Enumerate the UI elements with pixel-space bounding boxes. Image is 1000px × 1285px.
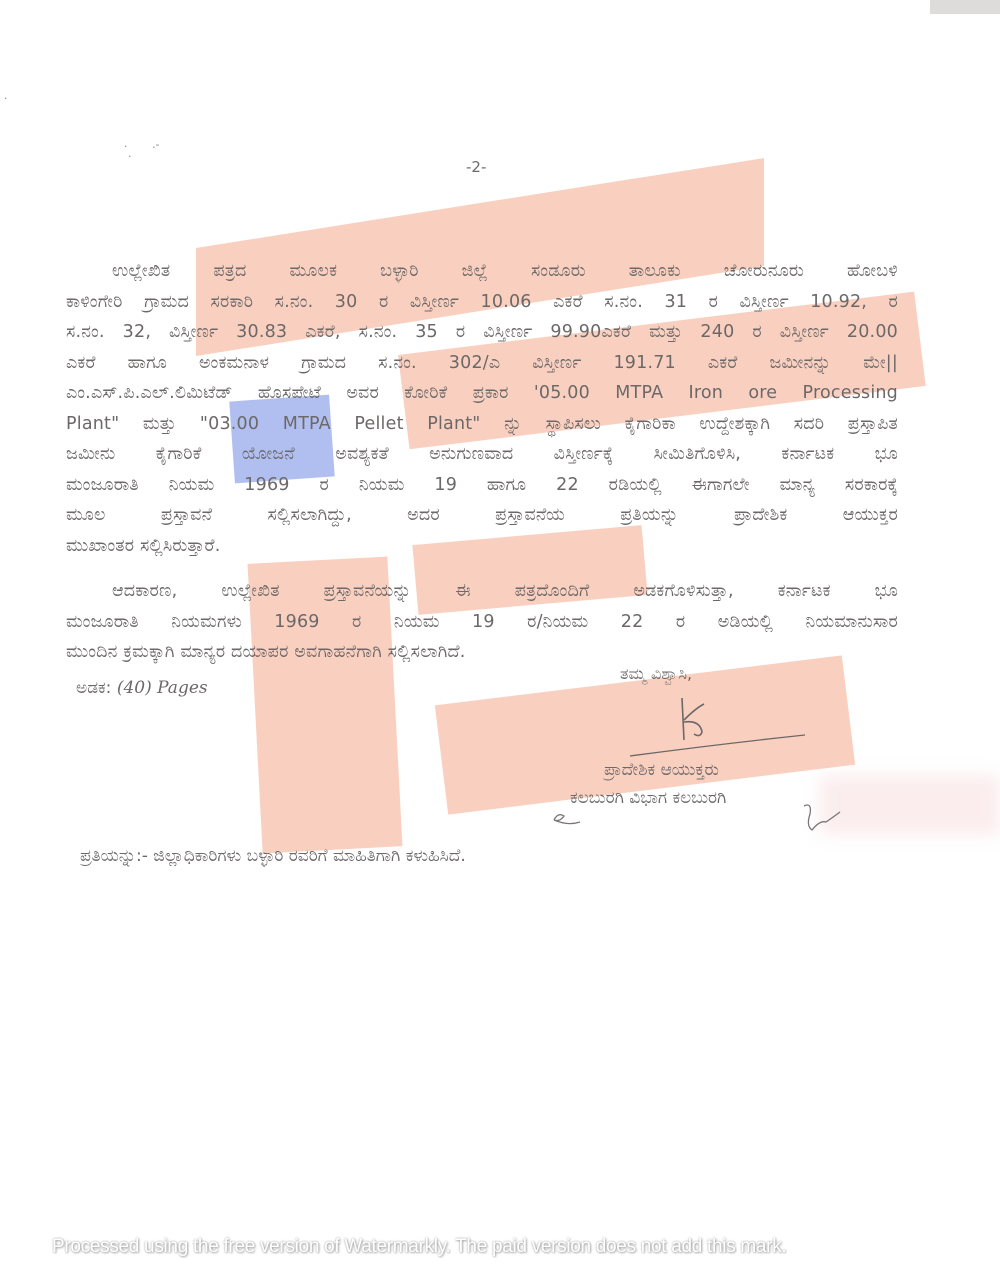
watermark-text: Processed using the free version of Wate… [52,1236,952,1258]
paragraph-line: ಮೂಲ ಪ್ರಸ್ತಾವನೆ ಸಲ್ಲಿಸಲಾಗಿದ್ದು, ಅದರ ಪ್ರಸ್… [66,500,898,531]
initial-mark-icon [800,800,845,835]
paragraph-line: ಸ.ನಂ. 32, ವಿಸ್ತೀರ್ಣ 30.83 ಎಕರೆ, ಸ.ನಂ. 35… [66,317,898,348]
enclosure-note: ಅಡಕ: (40) Pages [76,678,208,698]
paragraph-line: ಉಲ್ಲೇಖಿತ ಪತ್ರದ ಮೂಲಕ ಬಳ್ಳಾರಿ ಜಿಲ್ಲೆ ಸಂಡೂರ… [66,256,898,287]
paragraph-line: ಮುಂದಿನ ಕ್ರಮಕ್ಕಾಗಿ ಮಾನ್ಯರ ದಯಾಪರ ಅವಗಾಹನೆಗಾ… [66,637,898,668]
paragraph-line: ಜಮೀನು ಕೈಗಾರಿಕೆ ಯೋಜನೆ ಅವಶ್ಯಕತೆ ಅನುಗುಣವಾದ … [66,439,898,470]
copy-to-line: ಪ್ರತಿಯನ್ನು:- ಜಿಲ್ಲಾಧಿಕಾರಿಗಳು ಬಳ್ಳಾರಿ ರವರ… [80,846,466,866]
paragraph-line: ಮಂಜೂರಾತಿ ನಿಯಮಗಳು 1969 ರ ನಿಯಮ 19 ರ/ನಿಯಮ 2… [66,607,898,638]
signatory-designation: ಪ್ರಾದೇಶಿಕ ಆಯುಕ್ತರು [604,760,719,780]
corner-shadow [930,0,1000,14]
paragraph-line: ಮಂಜೂರಾತಿ ನಿಯಮ 1969 ರ ನಿಯಮ 19 ಹಾಗೂ 22 ರಡಿ… [66,470,898,501]
enclosure-handwritten: (40) Pages [117,678,208,698]
closing-salutation: ತಮ್ಮ ವಿಶ್ವಾಸಿ, [620,664,692,684]
paragraph-line: Plant" ಮತ್ತು "03.00 MTPA Pellet Plant" ನ… [66,409,898,440]
page-number: -2- [466,158,486,176]
paragraph-line: ಎಂ.ಎಸ್.ಪಿ.ಎಲ್.ಲಿಮಿಟೆಡ್ ಹೊಸಪೇಟೆ ಅವರ ಕೋರಿಕ… [66,378,898,409]
scan-speck: · [128,150,132,163]
body-paragraph-2: ಆದಕಾರಣ, ಉಲ್ಲೇಖಿತ ಪ್ರಸ್ತಾವನೆಯನ್ನು ಈ ಪತ್ರದ… [66,576,898,668]
initial-mark-icon [550,808,590,828]
enclosure-label: ಅಡಕ: [76,678,111,698]
paragraph-line: ಆದಕಾರಣ, ಉಲ್ಲೇಖಿತ ಪ್ರಸ್ತಾವನೆಯನ್ನು ಈ ಪತ್ರದ… [66,576,898,607]
scan-speck: · [4,92,8,105]
body-paragraph-1: ಉಲ್ಲೇಖಿತ ಪತ್ರದ ಮೂಲಕ ಬಳ್ಳಾರಿ ಜಿಲ್ಲೆ ಸಂಡೂರ… [66,256,898,561]
paragraph-line: ಎಕರೆ ಹಾಗೂ ಅಂಕಮನಾಳ ಗ್ರಾಮದ ಸ.ನಂ. 302/ಎ ವಿಸ… [66,348,898,379]
paragraph-line: ಕಾಳಿಂಗೇರಿ ಗ್ರಾಮದ ಸರಕಾರಿ ಸ.ನಂ. 30 ರ ವಿಸ್ತ… [66,287,898,318]
signature-icon [600,690,820,760]
scan-speck: .- [152,138,159,151]
scan-speck: · [124,140,128,153]
signatory-office: ಕಲಬುರಗಿ ವಿಭಾಗ ಕಲಬುರಗಿ [570,788,726,808]
paragraph-line: ಮುಖಾಂತರ ಸಲ್ಲಿಸಿರುತ್ತಾರೆ. [66,531,898,562]
pink-smudge [820,775,1000,835]
